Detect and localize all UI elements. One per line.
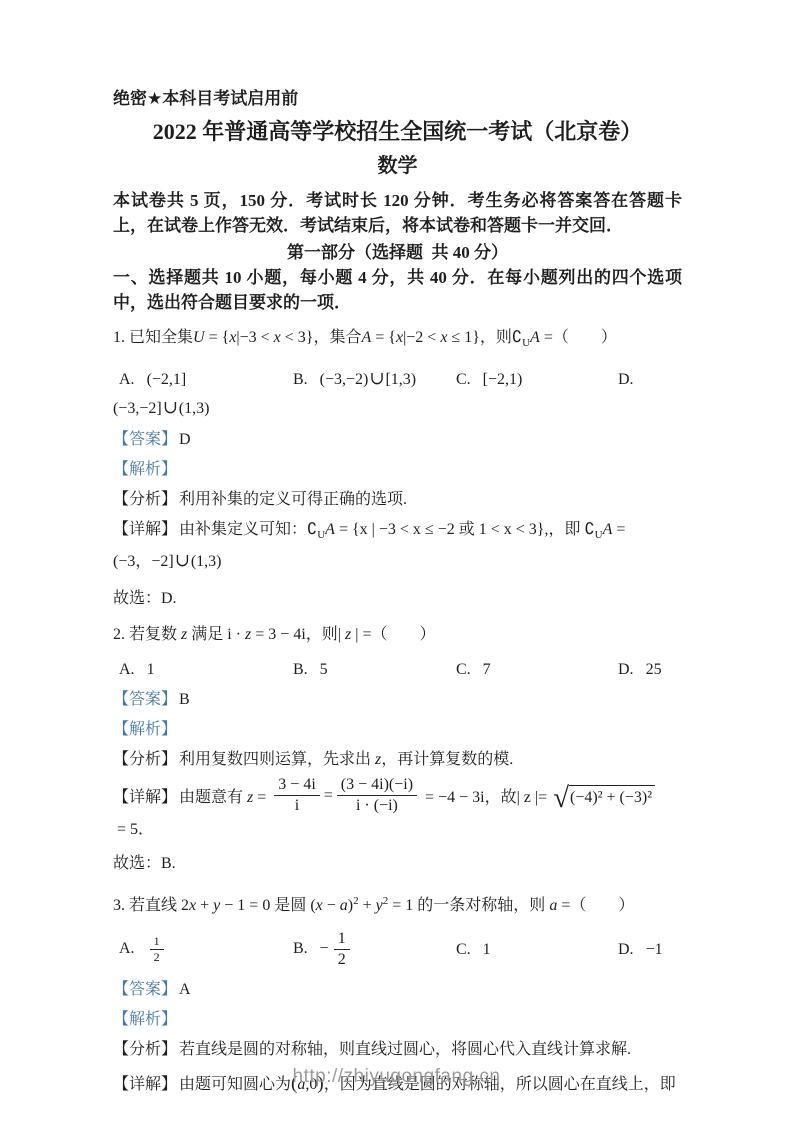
exam-instructions: 本试卷共 5 页，150 分．考试时长 120 分钟．考生务必将答案答在答题卡上…: [113, 188, 682, 238]
answer-tag: 【答案】: [113, 691, 177, 708]
detail-mid: = −4 − 3i，故| z |=: [421, 784, 551, 807]
question-3-answer-line: 【答案】A: [113, 977, 682, 1002]
watermark-url: http://zhiyugongfang.cn: [293, 1066, 501, 1088]
question-1-detail-line: 【详解】由补集定义可知：∁UA = {x | −3 < x ≤ −2 或 1 <…: [113, 517, 682, 574]
method-tag: 【分析】: [113, 491, 177, 508]
option-a-value: (−2,1]: [147, 371, 187, 388]
option-d-label: D.: [618, 371, 634, 388]
method-text: 利用复数四则运算，先求出 z，再计算复数的模.: [179, 751, 513, 768]
question-1-option-b: B.(−3,−2)∪[1,3): [293, 366, 456, 392]
option-c-label: C.: [456, 371, 471, 388]
question-1-stem: 1. 已知全集U = {x|−3 < x < 3}，集合A = {x|−2 < …: [113, 324, 682, 357]
question-2-conclusion: 故选：B.: [113, 851, 682, 876]
question-2-option-b: B.5: [293, 657, 456, 682]
question-3-option-d: D.−1: [618, 937, 682, 962]
fraction-numerator: 1: [150, 935, 164, 949]
section-directions: 一、选择题共 10 小题，每小题 4 分，共 40 分．在每小题列出的四个选项中…: [113, 265, 682, 315]
option-c-value: 1: [483, 941, 491, 958]
question-3-stem: 3. 若直线 2x + y − 1 = 0 是圆 (x − a)2 + y2 =…: [113, 888, 682, 919]
question-2-option-a: A.1: [119, 657, 293, 682]
answer-tag: 【答案】: [113, 431, 177, 448]
radicand: (−4)² + (−3)²: [569, 785, 655, 807]
detail-pre: 由题意有 z =: [179, 784, 270, 807]
option-c-value: [−2,1): [483, 371, 523, 388]
option-a-value: 1: [147, 661, 155, 678]
answer-value: D: [179, 431, 191, 448]
detail-tag: 【详解】: [113, 521, 177, 538]
question-1-method-line: 【分析】利用补集的定义可得正确的选项.: [113, 487, 682, 512]
analysis-tag: 【解析】: [113, 1011, 177, 1028]
detail-tag: 【详解】: [113, 784, 177, 807]
fraction-denominator: i · (−i): [337, 795, 417, 815]
option-d-value: 25: [646, 661, 662, 678]
question-3-option-b: B.−12: [293, 930, 456, 970]
fraction-2: (3 − 4i)(−i)i · (−i): [337, 776, 417, 816]
analysis-tag: 【解析】: [113, 461, 177, 478]
method-tag: 【分析】: [113, 751, 177, 768]
method-text: 利用补集的定义可得正确的选项.: [179, 491, 407, 508]
fraction-denominator: 2: [334, 949, 350, 969]
option-c-label: C.: [456, 941, 471, 958]
option-d-label: D.: [618, 941, 634, 958]
fraction-numerator: 3 − 4i: [274, 776, 319, 795]
question-2-answer-line: 【答案】B: [113, 687, 682, 712]
analysis-tag: 【解析】: [113, 721, 177, 738]
option-d-value: −1: [646, 941, 663, 958]
radical-sign: √: [553, 787, 569, 810]
question-1-option-a: A.(−2,1]: [119, 367, 293, 392]
option-c-value: 7: [483, 661, 491, 678]
detail-text: 由补集定义可知：∁UA = {x | −3 < x ≤ −2 或 1 < x <…: [113, 521, 629, 570]
method-tag: 【分析】: [113, 1041, 177, 1058]
method-text: 若直线是圆的对称轴，则直线过圆心，将圆心代入直线计算求解.: [179, 1041, 631, 1058]
section-title: 第一部分（选择题 共 40 分）: [113, 240, 682, 265]
answer-tag: 【答案】: [113, 981, 177, 998]
question-2-option-d: D.25: [618, 657, 682, 682]
fraction-1: 3 − 4ii: [274, 776, 319, 816]
question-3-option-c: C.1: [456, 937, 618, 962]
option-a-label: A.: [119, 371, 135, 388]
question-2-detail-line: 【详解】 由题意有 z = 3 − 4ii = (3 − 4i)(−i)i · …: [113, 776, 682, 839]
detail-post: = 5．: [113, 816, 154, 839]
answer-value: A: [179, 981, 191, 998]
question-1-option-c: C.[−2,1): [456, 367, 618, 392]
option-b-label: B.: [293, 940, 308, 957]
fraction-denominator: 2: [150, 949, 164, 964]
question-2-method-line: 【分析】利用复数四则运算，先求出 z，再计算复数的模.: [113, 747, 682, 772]
square-root: √(−4)² + (−3)²: [553, 784, 655, 807]
exam-title: 2022 年普通高等学校招生全国统一考试（北京卷）: [113, 118, 682, 146]
option-b-label: B.: [293, 661, 308, 678]
question-2-option-c: C.7: [456, 657, 618, 682]
fraction-numerator: (3 − 4i)(−i): [337, 776, 417, 795]
subject-title: 数学: [113, 153, 682, 179]
question-2: 2. 若复数 z 满足 i · z = 3 − 4i，则| z | =（ ） A…: [113, 621, 682, 876]
option-a-label: A.: [119, 661, 135, 678]
security-notice: 绝密★本科目考试启用前: [113, 88, 682, 110]
page-content: 绝密★本科目考试启用前 2022 年普通高等学校招生全国统一考试（北京卷） 数学…: [113, 88, 682, 1099]
fraction-numerator: 1: [334, 930, 350, 949]
option-c-label: C.: [456, 661, 471, 678]
question-1-option-d: D.: [618, 367, 682, 392]
question-2-options: A.1 B.5 C.7 D.25: [113, 657, 682, 682]
equals-sign: =: [324, 787, 333, 805]
question-1-option-d-continued: (−3,−2]∪(1,3): [113, 394, 682, 422]
option-a-fraction: 12: [150, 935, 164, 964]
exam-page: 绝密★本科目考试启用前 2022 年普通高等学校招生全国统一考试（北京卷） 数学…: [0, 0, 793, 1122]
question-1-analysis-tag-line: 【解析】: [113, 457, 682, 482]
question-3-option-a: A.12: [119, 935, 293, 964]
option-a-label: A.: [119, 940, 135, 957]
question-1-options: A.(−2,1] B.(−3,−2)∪[1,3) C.[−2,1) D.: [113, 366, 682, 392]
question-3-options: A.12 B.−12 C.1 D.−1: [113, 928, 682, 972]
question-3-method-line: 【分析】若直线是圆的对称轴，则直线过圆心，将圆心代入直线计算求解.: [113, 1037, 682, 1062]
option-b-value: (−3,−2)∪[1,3): [320, 371, 416, 388]
question-1-conclusion: 故选：D.: [113, 586, 682, 611]
question-2-stem: 2. 若复数 z 满足 i · z = 3 − 4i，则| z | =（ ）: [113, 621, 682, 648]
option-b-value: 5: [320, 661, 328, 678]
option-b-fraction: 12: [334, 930, 350, 970]
minus-sign: −: [320, 940, 329, 957]
fraction-denominator: i: [274, 795, 319, 815]
question-1: 1. 已知全集U = {x|−3 < x < 3}，集合A = {x|−2 < …: [113, 324, 682, 611]
question-3-analysis-tag-line: 【解析】: [113, 1007, 682, 1032]
question-1-answer-line: 【答案】D: [113, 427, 682, 452]
detail-tag: 【详解】: [113, 1076, 177, 1093]
option-b-label: B.: [293, 371, 308, 388]
answer-value: B: [179, 691, 190, 708]
option-d-label: D.: [618, 661, 634, 678]
question-2-analysis-tag-line: 【解析】: [113, 717, 682, 742]
